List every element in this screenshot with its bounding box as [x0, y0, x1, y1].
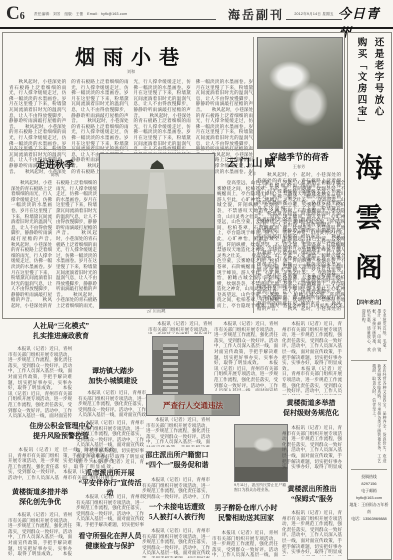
autumn-title: 走进秋季: [13, 157, 97, 171]
section-title: 海岳副刊: [228, 6, 284, 23]
ad-slogan-right: 还是老字号放心: [371, 37, 385, 139]
news-headline-n6: 看守所强化在押人员 健康检查与保护: [76, 531, 144, 551]
date-line: 2012年9月14日 星期五: [286, 12, 342, 20]
news-headline-n10: 男子醉卧仓库八小时 民警相助送其回家: [212, 503, 280, 523]
ad-badge: 【四年老店】: [348, 299, 390, 306]
ad-contact-line: 地址：王府街办万年桥南: [349, 501, 389, 515]
news-body-c2: 本报讯（记者）近日，青州市有关部门组织开展专项活动，进一步规范工作流程，强化责任…: [76, 420, 144, 464]
news-body-n5: 本报讯（记者）近日，青州市有关部门组织开展专项活动，进一步规范工作流程，强化责任…: [76, 494, 144, 528]
ad-slogan-left: 购买「文房四宝」: [354, 37, 368, 139]
news-body-n1: 本报讯（记者）近日，青州市有关部门组织开展专项活动，进一步规范工作流程，强化责任…: [8, 346, 72, 418]
essay-title: 烟雨小巷: [21, 41, 241, 70]
news-headline-n11: 黄楼街道多举措 促村级财务规范化: [280, 398, 342, 418]
ad-notice: 本店经营各种文房四宝，品种齐全，货真价实，欢迎新老顾客光临选购。另承接各类字画装…: [351, 364, 387, 464]
ad-contact-line: 8297156: [349, 480, 389, 487]
ad-contact-block: 投稿热线 8297156 电子邮箱 hyfk@163.com 地址：王府街办万年…: [349, 473, 389, 522]
news-body-n4: 本报讯（记者）近日，青州市有关部门组织开展专项活动，进一步规范工作流程，强化责任…: [8, 512, 72, 556]
news-headline-n2: 谭坊镇大踏步 加快小城镇建设: [78, 366, 148, 386]
ad-sidebar: 还是老字号放心 购买「文房四宝」 海 雲 阁 【四年老店】 专业批发宣纸、毛笔、…: [347, 32, 392, 560]
news-headline-n1: 人社局“三化模式” 扎实推进廉政教育: [8, 321, 114, 341]
ad-contact-line: 投稿热线: [349, 473, 389, 480]
ad-brand-char-2: 雲: [348, 193, 390, 243]
ad-brand: 海 雲 阁: [348, 143, 390, 293]
news-body-c4-top: 本报讯（记者）近日，青州市有关部门组织开展专项活动，进一步规范工作流程，强化责任…: [214, 321, 278, 391]
desk-photo-caption: 9月11日，派出所民警正在户籍窗口为群众办理业务。: [234, 483, 286, 501]
news-body-n8: 本报讯（记者）近日，青州市有关部门组织开展专项活动，进一步规范工作流程，强化责任…: [142, 477, 210, 499]
news-body-n9: 本报讯（记者）近日，青州市有关部门组织开展专项活动，进一步规范工作流程，强化责任…: [142, 528, 210, 558]
mountain-photo: [99, 153, 215, 309]
ad-contact-line: hyfk@163.com: [349, 494, 389, 501]
news-body-n12: 本报讯（记者）近日，青州市有关部门组织开展专项活动，进一步规范工作流程，强化责任…: [282, 510, 342, 556]
page-header: C6 责任编辑：刘芳 组版：王蕾 Email：hyfk@163.com 海岳副刊…: [0, 0, 393, 29]
autumn-author: 陈秋: [13, 172, 97, 178]
news-headline-n4: 黄楼街道多措并举 深化创先争优: [8, 487, 72, 507]
news-body-n10: 本报讯（记者）近日，青州市有关部门组织开展专项活动，进一步规范工作流程，强化责任…: [212, 530, 278, 558]
news-headline-n9: 一个未接电话遭致 5人被打4人被行拘: [142, 502, 212, 522]
news-body-n11: 本报讯（记者）近日，青州市有关部门组织开展专项活动，进一步规范工作流程，强化责任…: [282, 425, 342, 469]
news-headline-n8: 邵庄派出所户籍窗口 “四个一”服务促和谐: [142, 450, 212, 470]
news-body-c3-top: 本报讯（记者）近日，青州市有关部门组织开展专项活动，进一步规范工作流程，强化责任…: [148, 321, 212, 334]
police-desk-photo: [234, 424, 288, 482]
page-code-letter: C: [6, 3, 20, 24]
newspaper-page: C6 责任编辑：刘芳 组版：王蕾 Email：hyfk@163.com 海岳副刊…: [0, 0, 393, 560]
ad-contact-line: 电话：13563969888: [349, 515, 389, 522]
ad-divider-2: [351, 469, 387, 470]
section-divider: [9, 149, 253, 150]
page-code-number: 6: [20, 11, 25, 22]
news-body-n2: 本报讯（记者）近日，青州市有关部门组织开展专项活动，进一步规范工作流程，强化责任…: [78, 390, 146, 418]
news-headline-n12: 黄楼派出所推出 “保姆式”服务: [282, 484, 342, 504]
literary-section-box: 烟雨小巷 刘和 秋风起时，小巷深处的青石板路上泛着细细的雨光，行人撑伞缓缓走过，…: [2, 32, 345, 319]
essay-author: 刘和: [21, 69, 241, 75]
lotus-photo: [257, 37, 343, 149]
ad-brand-char-1: 海: [348, 143, 390, 193]
ad-divider-1: [351, 360, 387, 361]
ad-description: 专业批发宣纸、毛笔、墨汁、颜料、印泥、镜框，承接字画装裱，价格实惠，质量放心，欢…: [351, 309, 387, 355]
news-body-c5-top: 本报讯（记者）近日，青州市有关部门组织开展专项活动，进一步规范工作流程，强化责任…: [282, 321, 342, 395]
traffic-photo: 严查行人交通违法: [146, 394, 240, 416]
news-headline-n7: 严查行人交通违法: [163, 400, 223, 411]
editor-line: 责任编辑：刘芳 组版：王蕾 Email：hyfk@163.com: [34, 12, 216, 20]
mountain-caption: 云门山远眺: [99, 309, 213, 315]
ad-slogan: 还是老字号放心 购买「文房四宝」: [349, 37, 389, 139]
page-code: C6: [6, 3, 25, 25]
autumn-body: 秋风起时，小巷深处的青石板路上泛着细细的雨光，行人撑伞缓缓走过，仿佛一幅淡淡的水…: [11, 180, 97, 312]
news-body-n7: 本报讯（记者）近日，青州市有关部门组织开展专项活动，进一步规范工作流程，强化责任…: [146, 417, 210, 447]
fu-body: 登高望远，山色空蒙，云雾缭绕之间，松柏苍翠，石阶蜿蜒而上，亭台隐现于峰顶。游人至…: [217, 180, 345, 312]
fu-author: 文丰: [217, 171, 287, 177]
fu-title: 云门山赋: [217, 155, 287, 170]
ad-contact-line: 电子邮箱: [349, 487, 389, 494]
ad-brand-char-3: 阁: [348, 243, 390, 293]
